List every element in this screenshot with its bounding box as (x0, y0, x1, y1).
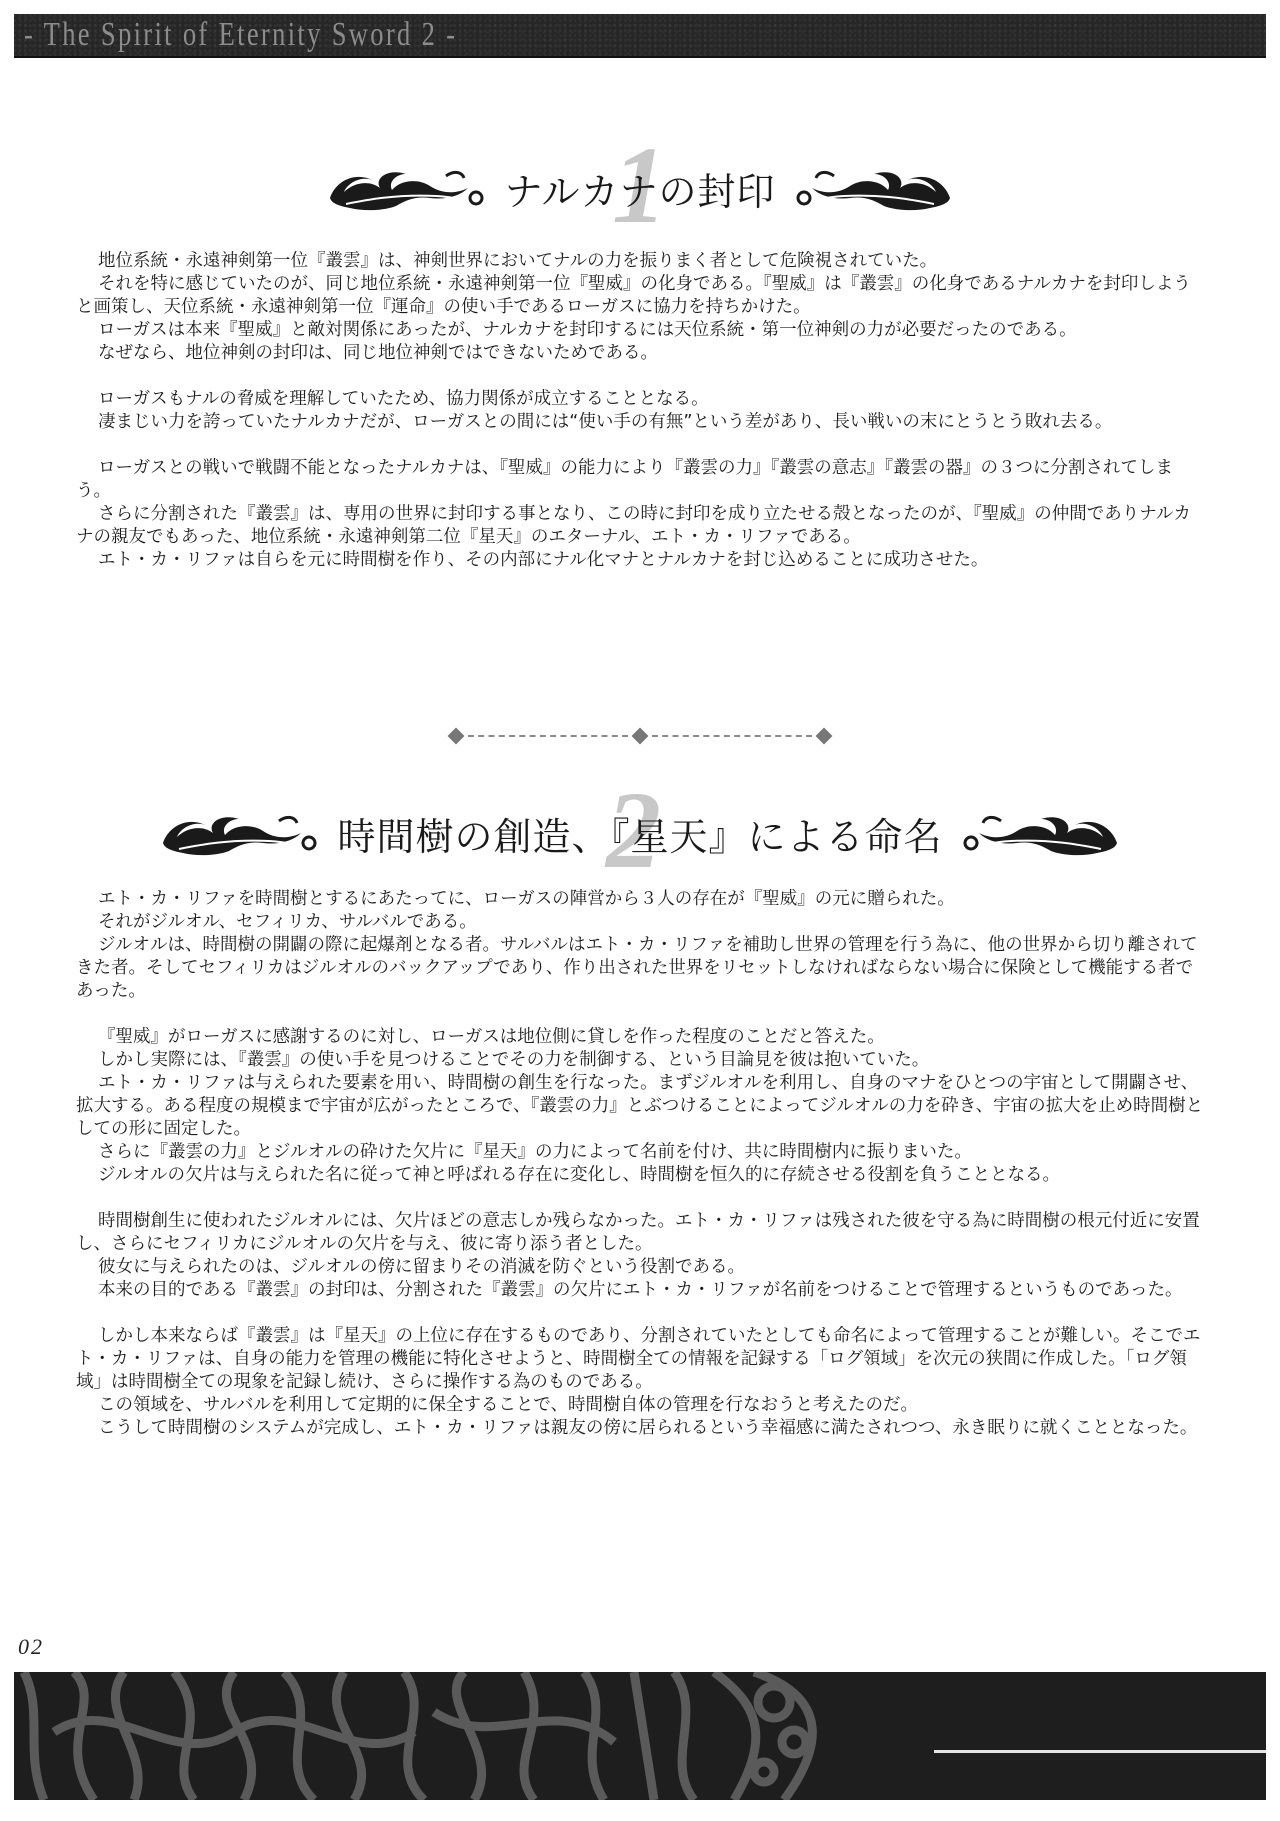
paragraph: 本来の目的である『叢雲』の封印は、分割された『叢雲』の欠片にエト・カ・リファが名… (76, 1279, 1204, 1302)
paragraph-gap (76, 365, 1204, 388)
diamond-icon (632, 728, 649, 745)
paragraph: それがジルオル、セフィリカ、サルバルである。 (76, 911, 1204, 934)
paragraph: しかし本来ならば『叢雲』は『星天』の上位に存在するものであり、分割されていたとし… (76, 1325, 1204, 1394)
paragraph: ローガスとの戦いで戦闘不能となったナルカナは、『聖威』の能力により『叢雲の力』『… (76, 457, 1204, 503)
footer-rule (934, 1750, 1266, 1753)
paragraph-gap (76, 1187, 1204, 1210)
paragraph: さらに分割された『叢雲』は、専用の世界に封印する事となり、この時に封印を成り立た… (76, 503, 1204, 549)
paragraph: なぜなら、地位神剣の封印は、同じ地位神剣ではできないためである。 (76, 342, 1204, 365)
paragraph: ジルオルは、時間樹の開闢の際に起爆剤となる者。サルバルはエト・カ・リファを補助し… (76, 934, 1204, 1003)
paragraph: 地位系統・永遠神剣第一位『叢雲』は、神剣世界においてナルの力を振りまく者として危… (76, 250, 1204, 273)
paragraph-gap (76, 434, 1204, 457)
dashed-line (468, 735, 628, 737)
paragraph-gap (76, 1302, 1204, 1325)
paragraph: エト・カ・リファは自らを元に時間樹を作り、その内部にナル化マナとナルカナを封じ込… (76, 549, 1204, 572)
paragraph: しかし実際には、『叢雲』の使い手を見つけることでその力を制御する、という目論見を… (76, 1049, 1204, 1072)
paragraph: 『聖威』がローガスに感謝するのに対し、ローガスは地位側に貸しを作った程度のことだ… (76, 1026, 1204, 1049)
paragraph: それを特に感じていたのが、同じ地位系統・永遠神剣第一位『聖威』の化身である。『聖… (76, 273, 1204, 319)
paragraph: ローガスもナルの脅威を理解していたため、協力関係が成立することとなる。 (76, 388, 1204, 411)
paragraph: エト・カ・リファは与えられた要素を用い、時間樹の創生を行なった。まずジルオルを利… (76, 1072, 1204, 1141)
section-2-body: エト・カ・リファを時間樹とするにあたってに、ローガスの陣営から３人の存在が『聖威… (76, 888, 1204, 1440)
header-bar: - The Spirit of Eternity Sword 2 - (14, 14, 1266, 58)
paragraph-gap (76, 1003, 1204, 1026)
section-1-body: 地位系統・永遠神剣第一位『叢雲』は、神剣世界においてナルの力を振りまく者として危… (76, 250, 1204, 572)
book-title: - The Spirit of Eternity Sword 2 - (24, 16, 457, 54)
paragraph: こうして時間樹のシステムが完成し、エト・カ・リファは親友の傍に居られるという幸福… (76, 1417, 1204, 1440)
paragraph: 時間樹創生に使われたジルオルには、欠片ほどの意志しか残らなかった。エト・カ・リフ… (76, 1210, 1204, 1256)
paragraph: 凄まじい力を誇っていたナルカナだが、ローガスとの間には“使い手の有無”という差が… (76, 411, 1204, 434)
section-title: ナルカナの封印 (504, 161, 775, 216)
dashed-line (652, 735, 812, 737)
paragraph: この領域を、サルバルを利用して定期的に保全することで、時間樹自体の管理を行なおう… (76, 1394, 1204, 1417)
page-number: 02 (18, 1634, 44, 1660)
flourish-ornament-icon (961, 805, 1121, 861)
paragraph: さらに『叢雲の力』とジルオルの砕けた欠片に『星天』の力によって名前を付け、共に時… (76, 1141, 1204, 1164)
diamond-icon (816, 728, 833, 745)
flourish-ornament-icon (794, 160, 954, 216)
paragraph: ローガスは本来『聖威』と敵対関係にあったが、ナルカナを封印するには天位系統・第一… (76, 319, 1204, 342)
section-1-heading: 1 ナルカナの封印 (0, 130, 1280, 240)
diamond-icon (448, 728, 465, 745)
footer-ornament-band (14, 1672, 1266, 1800)
flourish-ornament-icon (159, 805, 319, 861)
section-title: 時間樹の創造、『星天』による命名 (337, 806, 942, 861)
paragraph: ジルオルの欠片は与えられた名に従って神と呼ばれる存在に変化し、時間樹を恒久的に存… (76, 1164, 1204, 1187)
art-nouveau-ornament-icon (14, 1672, 914, 1800)
paragraph: エト・カ・リファを時間樹とするにあたってに、ローガスの陣営から３人の存在が『聖威… (76, 888, 1204, 911)
paragraph: 彼女に与えられたのは、ジルオルの傍に留まりその消滅を防ぐという役割である。 (76, 1256, 1204, 1279)
section-divider (0, 726, 1280, 746)
flourish-ornament-icon (326, 160, 486, 216)
section-2-heading: 2 時間樹の創造、『星天』による命名 (0, 775, 1280, 885)
